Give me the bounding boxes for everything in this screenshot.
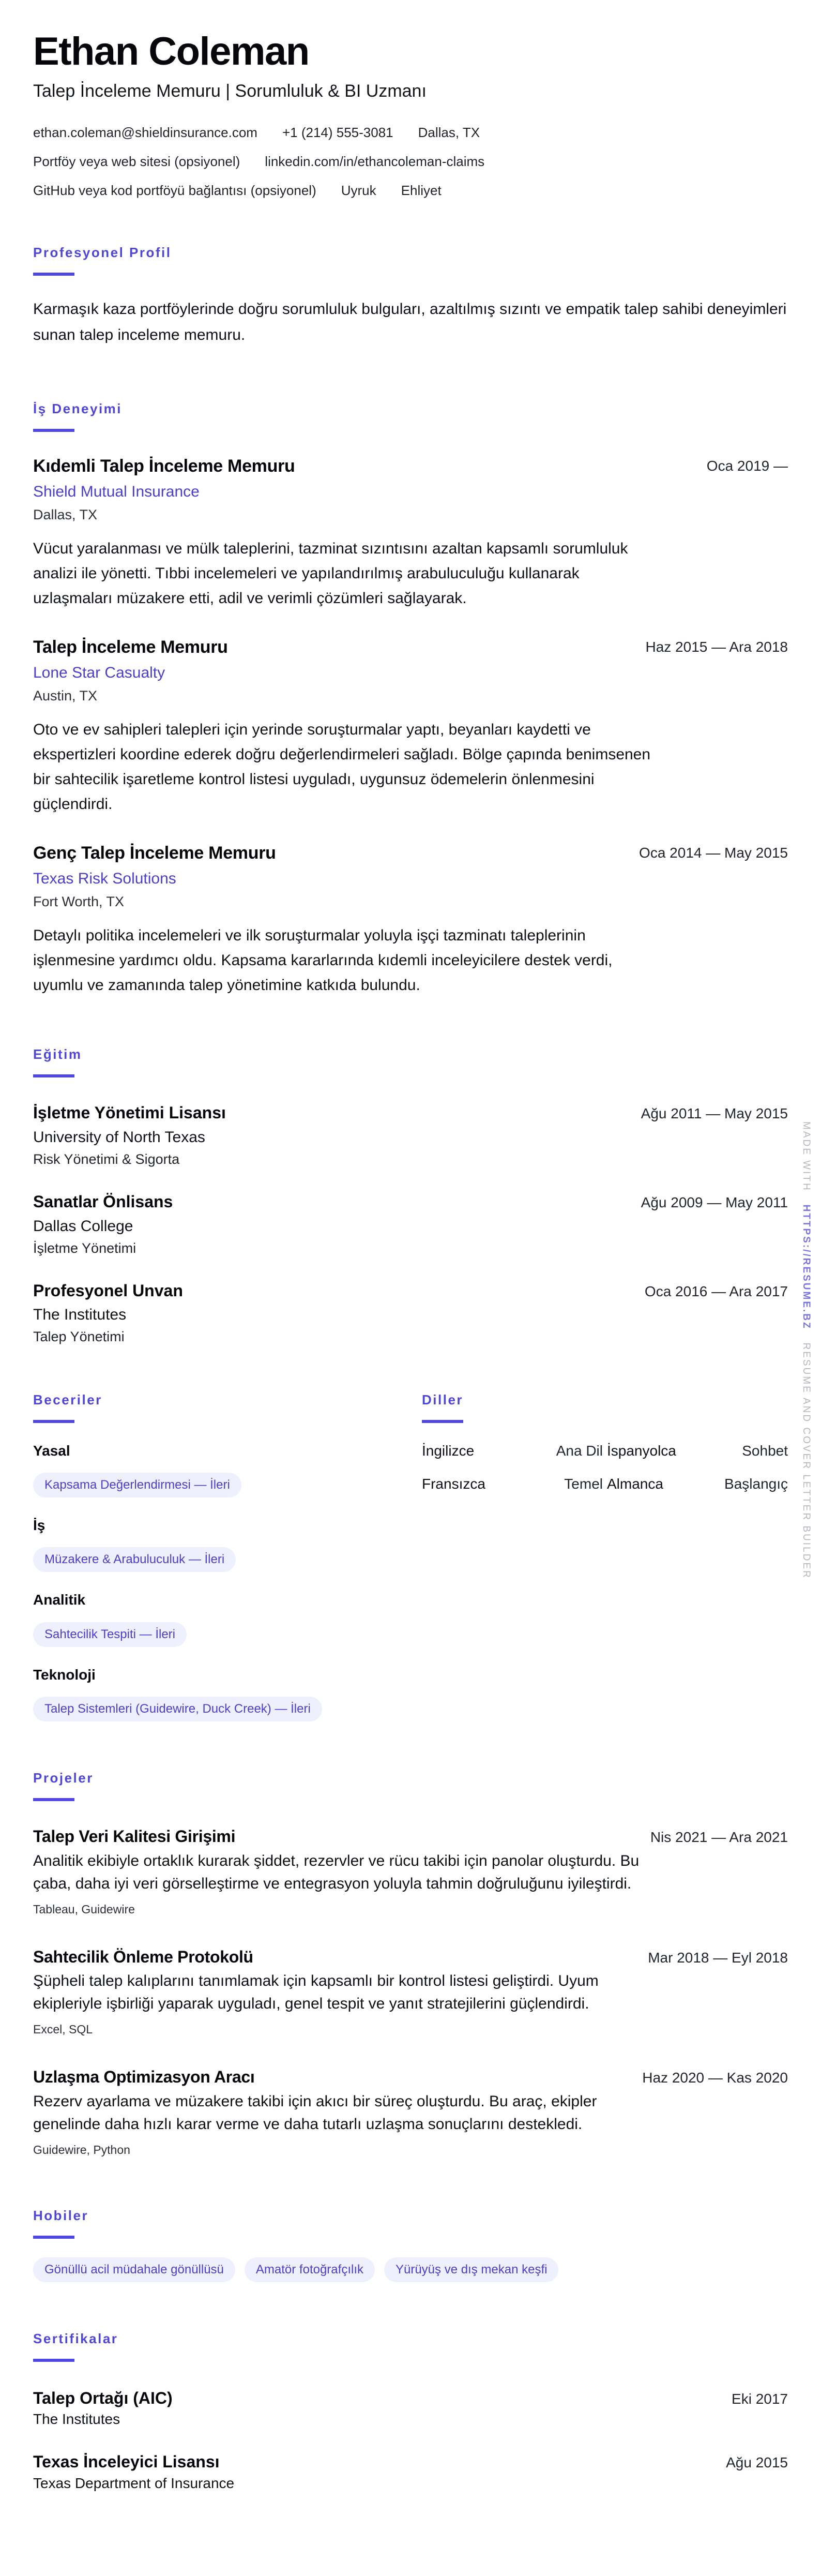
job-title: Talep İnceleme Memuru <box>33 636 228 658</box>
project-item: Talep Veri Kalitesi Girişimi Nis 2021 — … <box>33 1826 788 1916</box>
skill-group: İş Müzakere & Arabuluculuk — İleri <box>33 1516 422 1572</box>
section-title: Beceriler <box>33 1393 422 1406</box>
skill-chip: Müzakere & Arabuluculuk — İleri <box>33 1547 236 1572</box>
skills-list: Yasal Kapsama Değerlendirmesi — İleri İş… <box>33 1442 422 1722</box>
project-tech: Excel, SQL <box>33 2023 788 2036</box>
contact-license: Ehliyet <box>401 184 442 197</box>
section-divider <box>33 1798 74 1801</box>
certification-name: Texas İnceleyici Lisansı <box>33 2451 220 2473</box>
job-dates: Haz 2015 — Ara 2018 <box>645 636 788 655</box>
job-location: Dallas, TX <box>33 506 788 524</box>
job-description: Vücut yaralanması ve mülk taleplerini, t… <box>33 536 653 611</box>
certification-date: Ağu 2015 <box>726 2451 788 2471</box>
project-name: Talep Veri Kalitesi Girişimi <box>33 1826 235 1848</box>
project-description: Rezerv ayarlama ve müzakere takibi için … <box>33 2090 653 2136</box>
section-title: Projeler <box>33 1771 788 1785</box>
section-divider <box>33 2236 74 2239</box>
experience-item: Genç Talep İnceleme Memuru Oca 2014 — Ma… <box>33 842 788 998</box>
resume-page: Ethan Coleman Talep İnceleme Memuru | So… <box>0 0 821 2523</box>
hobby-chip: Gönüllü acil müdahale gönüllüsü <box>33 2257 235 2282</box>
education-item: İşletme Yönetimi Lisansı Ağu 2011 — May … <box>33 1102 788 1169</box>
projects-list: Talep Veri Kalitesi Girişimi Nis 2021 — … <box>33 1826 788 2157</box>
school-name: The Institutes <box>33 1305 788 1325</box>
language-level: Temel <box>564 1475 603 1493</box>
contact-row: GitHub veya kod portföyü bağlantısı (ops… <box>33 184 788 197</box>
project-dates: Mar 2018 — Eyl 2018 <box>648 1946 788 1966</box>
languages-column: Diller İngilizce Ana Dil İspanyolca Sohb… <box>422 1393 788 1722</box>
section-title: Sertifikalar <box>33 2332 788 2345</box>
experience-list: Kıdemli Talep İnceleme Memuru Oca 2019 —… <box>33 455 788 998</box>
skill-category: İş <box>33 1516 422 1535</box>
language-name: İspanyolca <box>607 1442 676 1460</box>
job-title: Genç Talep İnceleme Memuru <box>33 842 276 864</box>
language-item: İspanyolca Sohbet <box>607 1442 788 1460</box>
field-of-study: Talep Yönetimi <box>33 1328 788 1346</box>
contact-location: Dallas, TX <box>418 126 480 139</box>
section-divider <box>33 1420 74 1423</box>
certification-item: Talep Ortağı (AIC) Eki 2017 The Institut… <box>33 2388 788 2428</box>
contact-phone[interactable]: +1 (214) 555-3081 <box>282 126 393 139</box>
certification-issuer: The Institutes <box>33 2411 788 2428</box>
education-item: Profesyonel Unvan Oca 2016 — Ara 2017 Th… <box>33 1280 788 1346</box>
project-name: Uzlaşma Optimizasyon Aracı <box>33 2066 255 2088</box>
project-item: Uzlaşma Optimizasyon Aracı Haz 2020 — Ka… <box>33 2066 788 2157</box>
section-title: Hobiler <box>33 2209 788 2222</box>
skill-chip: Talep Sistemleri (Guidewire, Duck Creek)… <box>33 1697 322 1721</box>
certification-item: Texas İnceleyici Lisansı Ağu 2015 Texas … <box>33 2451 788 2492</box>
job-description: Oto ve ev sahipleri talepleri için yerin… <box>33 717 653 817</box>
contact-row: Portföy veya web sitesi (opsiyonel) link… <box>33 155 788 168</box>
skill-category: Yasal <box>33 1442 422 1460</box>
certification-name: Talep Ortağı (AIC) <box>33 2388 173 2409</box>
watermark-link[interactable]: https://resume.bz <box>801 1205 812 1330</box>
field-of-study: Risk Yönetimi & Sigorta <box>33 1150 788 1169</box>
project-dates: Nis 2021 — Ara 2021 <box>650 1826 788 1846</box>
job-location: Austin, TX <box>33 687 788 705</box>
builder-watermark: Made with https://resume.bz Resume and c… <box>800 1121 812 1579</box>
project-dates: Haz 2020 — Kas 2020 <box>642 2066 788 2086</box>
certifications-list: Talep Ortağı (AIC) Eki 2017 The Institut… <box>33 2388 788 2492</box>
language-level: Ana Dil <box>556 1442 603 1460</box>
school-name: Dallas College <box>33 1216 788 1236</box>
project-description: Şüpheli talep kalıplarını tanımlamak içi… <box>33 1970 653 2015</box>
experience-item: Talep İnceleme Memuru Haz 2015 — Ara 201… <box>33 636 788 817</box>
experience-item: Kıdemli Talep İnceleme Memuru Oca 2019 —… <box>33 455 788 611</box>
job-dates: Oca 2019 — <box>707 455 788 474</box>
company-name: Lone Star Casualty <box>33 663 788 683</box>
skill-category: Analitik <box>33 1591 422 1609</box>
contact-linkedin[interactable]: linkedin.com/in/ethancoleman-claims <box>265 155 484 168</box>
section-divider <box>33 1074 74 1077</box>
company-name: Texas Risk Solutions <box>33 868 788 889</box>
skill-group: Teknoloji Talep Sistemleri (Guidewire, D… <box>33 1666 422 1721</box>
hobby-chip: Yürüyüş ve dış mekan keşfi <box>384 2257 558 2282</box>
company-name: Shield Mutual Insurance <box>33 482 788 502</box>
skills-languages-section: Beceriler Yasal Kapsama Değerlendirmesi … <box>33 1393 788 1722</box>
skill-group: Analitik Sahtecilik Tespiti — İleri <box>33 1591 422 1646</box>
job-description: Detaylı politika incelemeleri ve ilk sor… <box>33 923 653 998</box>
language-item: Fransızca Temel <box>422 1475 603 1493</box>
skills-column: Beceriler Yasal Kapsama Değerlendirmesi … <box>33 1393 422 1722</box>
education-item: Sanatlar Önlisans Ağu 2009 — May 2011 Da… <box>33 1191 788 1257</box>
education-dates: Oca 2016 — Ara 2017 <box>645 1280 788 1300</box>
section-divider <box>422 1420 463 1423</box>
contact-website[interactable]: Portföy veya web sitesi (opsiyonel) <box>33 155 240 168</box>
language-name: Fransızca <box>422 1475 485 1493</box>
hobbies-list: Gönüllü acil müdahale gönüllüsü Amatör f… <box>33 2257 788 2282</box>
certifications-section: Sertifikalar Talep Ortağı (AIC) Eki 2017… <box>33 2332 788 2492</box>
project-name: Sahtecilik Önleme Protokolü <box>33 1946 253 1968</box>
section-divider <box>33 429 74 432</box>
skill-chip: Kapsama Değerlendirmesi — İleri <box>33 1473 241 1497</box>
language-item: İngilizce Ana Dil <box>422 1442 603 1460</box>
language-level: Sohbet <box>742 1442 788 1460</box>
section-title: İş Deneyimi <box>33 402 788 415</box>
skill-chip: Sahtecilik Tespiti — İleri <box>33 1622 187 1647</box>
projects-section: Projeler Talep Veri Kalitesi Girişimi Ni… <box>33 1771 788 2157</box>
languages-list: İngilizce Ana Dil İspanyolca Sohbet Fran… <box>422 1442 788 1494</box>
certification-date: Eki 2017 <box>732 2388 788 2407</box>
candidate-headline: Talep İnceleme Memuru | Sorumluluk & BI … <box>33 81 788 102</box>
language-level: Başlangıç <box>724 1475 788 1493</box>
watermark-suffix: Resume and cover letter builder <box>801 1342 812 1579</box>
project-item: Sahtecilik Önleme Protokolü Mar 2018 — E… <box>33 1946 788 2037</box>
education-list: İşletme Yönetimi Lisansı Ağu 2011 — May … <box>33 1102 788 1346</box>
section-divider <box>33 273 74 276</box>
project-description: Analitik ekibiyle ortaklık kurarak şidde… <box>33 1850 653 1895</box>
project-tech: Tableau, Guidewire <box>33 1903 788 1916</box>
profile-summary: Karmaşık kaza portföylerinde doğru sorum… <box>33 296 788 348</box>
section-title: Eğitim <box>33 1047 788 1061</box>
candidate-name: Ethan Coleman <box>33 31 788 72</box>
contact-github[interactable]: GitHub veya kod portföyü bağlantısı (ops… <box>33 184 316 197</box>
education-section: Eğitim İşletme Yönetimi Lisansı Ağu 2011… <box>33 1047 788 1346</box>
language-name: Almanca <box>607 1475 663 1493</box>
education-dates: Ağu 2009 — May 2011 <box>641 1191 788 1211</box>
experience-section: İş Deneyimi Kıdemli Talep İnceleme Memur… <box>33 402 788 998</box>
contact-email[interactable]: ethan.coleman@shieldinsurance.com <box>33 126 257 139</box>
degree-title: Profesyonel Unvan <box>33 1280 183 1302</box>
section-title: Profesyonel Profil <box>33 246 788 259</box>
certification-issuer: Texas Department of Insurance <box>33 2475 788 2492</box>
watermark-prefix: Made with <box>801 1121 812 1192</box>
hobby-chip: Amatör fotoğrafçılık <box>245 2257 375 2282</box>
degree-title: Sanatlar Önlisans <box>33 1191 173 1213</box>
hobbies-section: Hobiler Gönüllü acil müdahale gönüllüsü … <box>33 2209 788 2282</box>
contact-nationality: Uyruk <box>341 184 376 197</box>
school-name: University of North Texas <box>33 1127 788 1147</box>
profile-section: Profesyonel Profil Karmaşık kaza portföy… <box>33 246 788 348</box>
education-dates: Ağu 2011 — May 2015 <box>641 1102 788 1122</box>
language-name: İngilizce <box>422 1442 474 1460</box>
skill-group: Yasal Kapsama Değerlendirmesi — İleri <box>33 1442 422 1497</box>
degree-title: İşletme Yönetimi Lisansı <box>33 1102 226 1124</box>
job-dates: Oca 2014 — May 2015 <box>639 842 788 861</box>
skill-category: Teknoloji <box>33 1666 422 1684</box>
resume-header: Ethan Coleman Talep İnceleme Memuru | So… <box>33 31 788 197</box>
field-of-study: İşletme Yönetimi <box>33 1239 788 1257</box>
language-item: Almanca Başlangıç <box>607 1475 788 1493</box>
job-location: Fort Worth, TX <box>33 893 788 911</box>
section-title: Diller <box>422 1393 788 1406</box>
job-title: Kıdemli Talep İnceleme Memuru <box>33 455 295 477</box>
section-divider <box>33 2359 74 2362</box>
contact-info: ethan.coleman@shieldinsurance.com +1 (21… <box>33 126 788 197</box>
contact-row: ethan.coleman@shieldinsurance.com +1 (21… <box>33 126 788 139</box>
project-tech: Guidewire, Python <box>33 2143 788 2157</box>
